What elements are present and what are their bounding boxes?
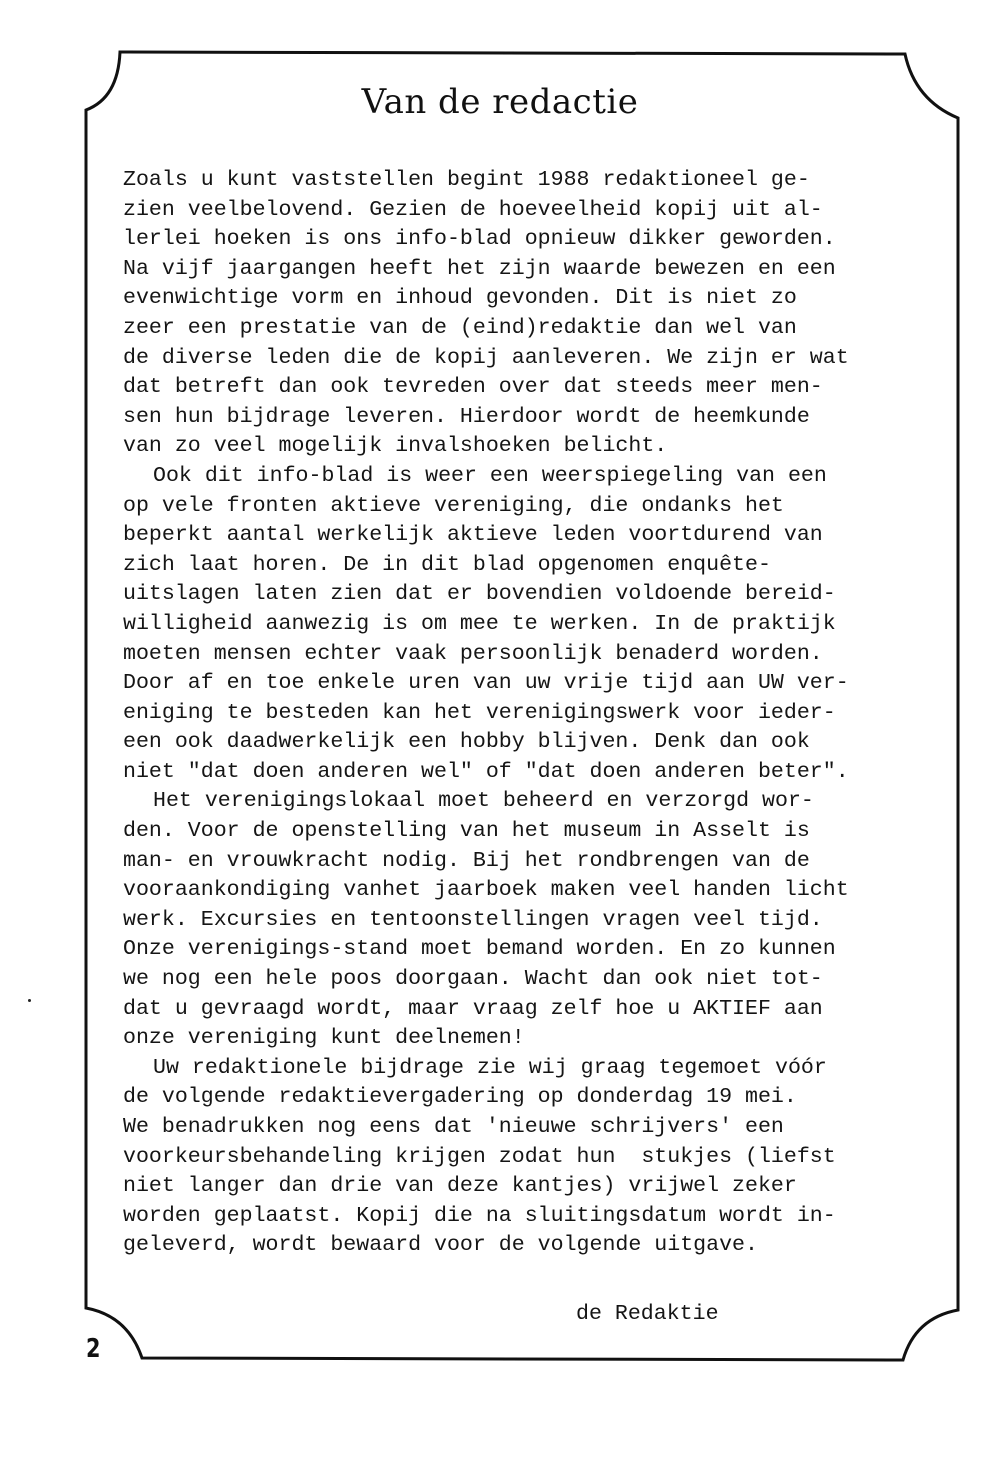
text-line: onze vereniging kunt deelnemen! (123, 1024, 963, 1054)
text-line: willigheid aanwezig is om mee te werken.… (123, 610, 963, 640)
text-line: worden geplaatst. Kopij die na sluitings… (123, 1202, 963, 1232)
text-line: een ook daadwerkelijk een hobby blijven.… (123, 728, 963, 758)
text-line: eniging te besteden kan het verenigingsw… (123, 699, 963, 729)
text-line: uitslagen laten zien dat er bovendien vo… (123, 580, 963, 610)
text-line: voorkeursbehandeling krijgen zodat hun s… (123, 1143, 963, 1173)
text-line: evenwichtige vorm en inhoud gevonden. Di… (123, 284, 963, 314)
text-line: geleverd, wordt bewaard voor de volgende… (123, 1231, 963, 1261)
page-number: 2 (86, 1334, 100, 1364)
text-line: de diverse leden die de kopij aanleveren… (123, 344, 963, 374)
text-line: We benadrukken nog eens dat 'nieuwe schr… (123, 1113, 963, 1143)
text-line: man- en vrouwkracht nodig. Bij het rondb… (123, 847, 963, 877)
text-line: dat betreft dan ook tevreden over dat st… (123, 373, 963, 403)
scan-speck (28, 999, 31, 1002)
text-line: van zo veel mogelijk invalshoeken belich… (123, 432, 963, 462)
text-line: sen hun bijdrage leveren. Hierdoor wordt… (123, 403, 963, 433)
article-body: Zoals u kunt vaststellen begint 1988 red… (123, 166, 963, 1261)
text-line: beperkt aantal werkelijk aktieve leden v… (123, 521, 963, 551)
text-line: Onze verenigings-stand moet bemand worde… (123, 935, 963, 965)
text-line: vooraankondiging vanhet jaarboek maken v… (123, 876, 963, 906)
text-line: op vele fronten aktieve vereniging, die … (123, 492, 963, 522)
text-line: Uw redaktionele bijdrage zie wij graag t… (123, 1054, 963, 1084)
text-line: Ook dit info-blad is weer een weerspiege… (123, 462, 963, 492)
text-line: Het verenigingslokaal moet beheerd en ve… (123, 787, 963, 817)
text-line: zeer een prestatie van de (eind)redaktie… (123, 314, 963, 344)
text-line: moeten mensen echter vaak persoonlijk be… (123, 640, 963, 670)
text-line: werk. Excursies en tentoonstellingen vra… (123, 906, 963, 936)
text-line: we nog een hele poos doorgaan. Wacht dan… (123, 965, 963, 995)
text-line: Na vijf jaargangen heeft het zijn waarde… (123, 255, 963, 285)
signature: de Redaktie (576, 1302, 719, 1326)
text-line: den. Voor de openstelling van het museum… (123, 817, 963, 847)
text-line: de volgende redaktievergadering op donde… (123, 1083, 963, 1113)
text-line: zich laat horen. De in dit blad opgenome… (123, 551, 963, 581)
text-line: niet langer dan drie van deze kantjes) v… (123, 1172, 963, 1202)
page-title: Van de redactie (0, 82, 1000, 122)
text-line: zien veelbelovend. Gezien de hoeveelheid… (123, 196, 963, 226)
text-line: Zoals u kunt vaststellen begint 1988 red… (123, 166, 963, 196)
text-line: niet "dat doen anderen wel" of "dat doen… (123, 758, 963, 788)
text-line: dat u gevraagd wordt, maar vraag zelf ho… (123, 995, 963, 1025)
text-line: Door af en toe enkele uren van uw vrije … (123, 669, 963, 699)
text-line: lerlei hoeken is ons info-blad opnieuw d… (123, 225, 963, 255)
